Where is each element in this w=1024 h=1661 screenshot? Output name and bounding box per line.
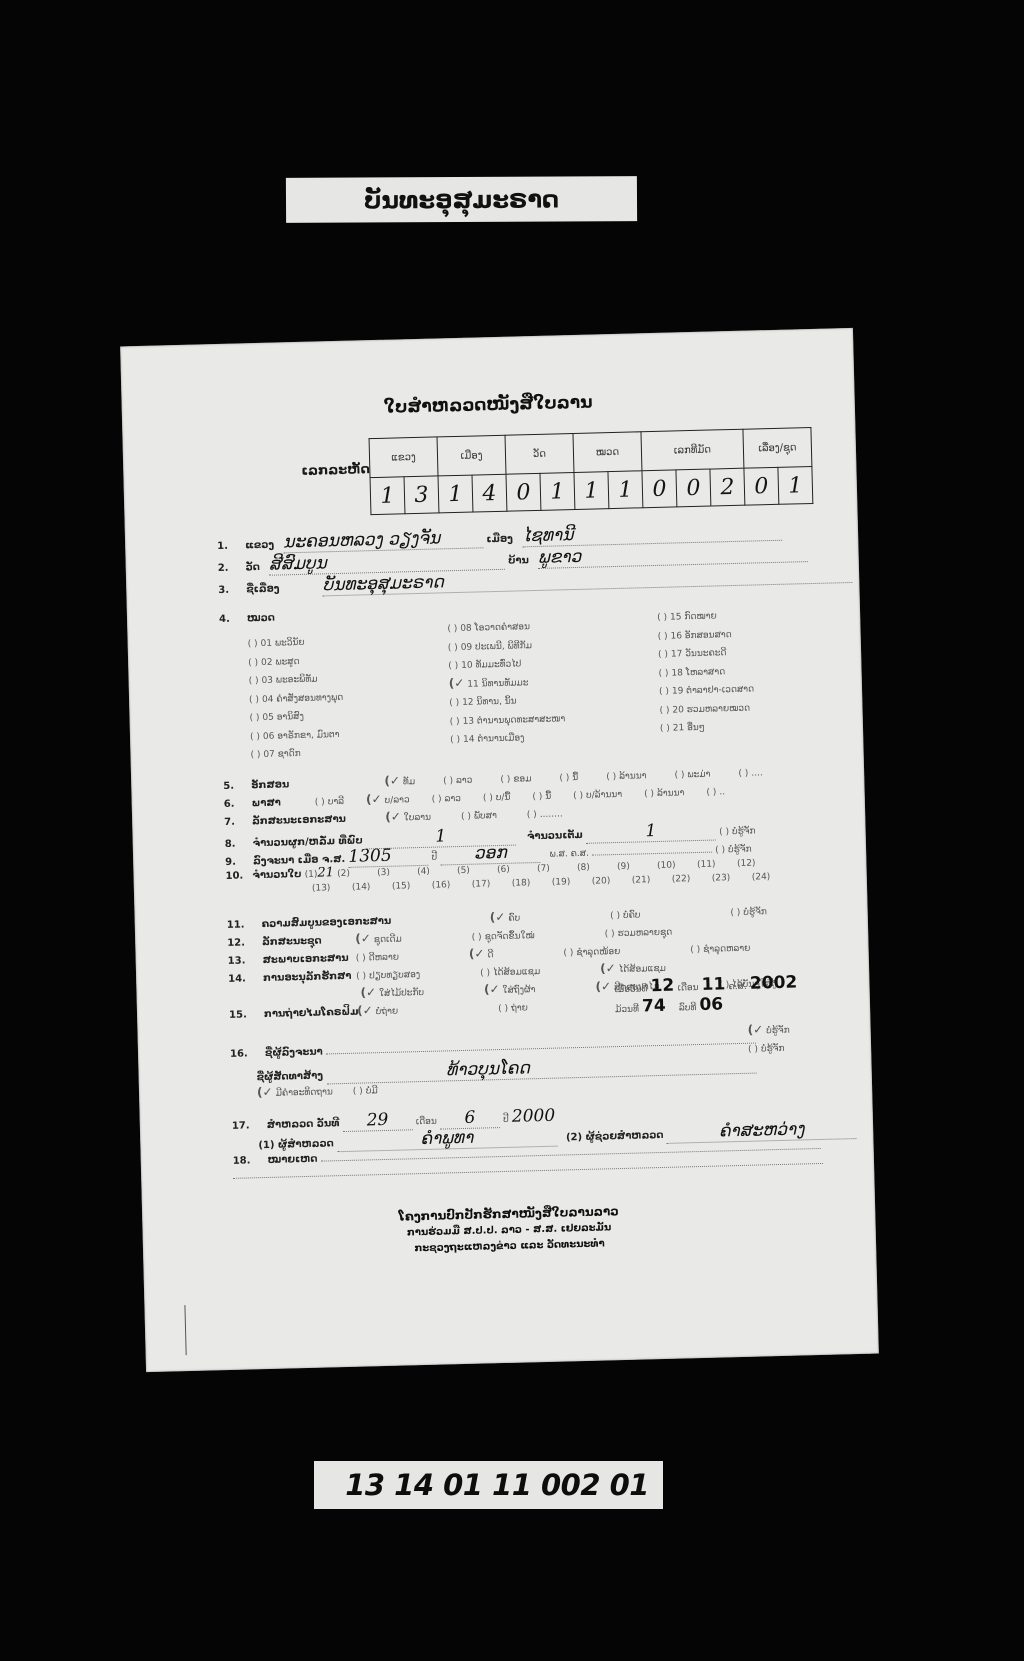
checkbox-option[interactable]: ( )10 ທັມມະທົ່ວໄປ — [448, 659, 521, 671]
empty-checkbox-icon: ( ) — [249, 713, 259, 723]
code-label: ເລກລະຫັດ — [301, 462, 370, 479]
leaf-count-slot: (24) — [752, 872, 792, 883]
leaf-count-slot: (17) — [472, 879, 512, 890]
leaf-count-slot: (13) — [312, 883, 352, 894]
leaf-count-slot: (19) — [552, 877, 592, 888]
empty-checkbox-icon: ( ) — [480, 968, 490, 978]
checkmark-icon: (✓ — [357, 1003, 373, 1017]
empty-checkbox-icon: ( ) — [498, 1004, 508, 1014]
code-digit-cell: 1 — [778, 466, 813, 504]
empty-checkbox-icon: ( ) — [658, 650, 668, 660]
item-4: 4. ໝວດ — [219, 613, 275, 625]
checkbox-option[interactable]: ( )06 ອາຣັກຂາ, ມົນຕາ — [250, 730, 340, 742]
checkmark-icon: (✓ — [490, 910, 506, 924]
donor-unknown-option: ( )ບໍ່ຮູ້ຈັກ — [748, 1042, 805, 1054]
empty-checkbox-icon: ( ) — [573, 791, 583, 801]
manuscript-code-label: 13 14 01 11 002 01 — [345, 1468, 649, 1502]
empty-checkbox-icon: ( ) — [690, 945, 700, 955]
empty-checkbox-icon: ( ) — [730, 908, 740, 918]
checkbox-option[interactable]: (✓ມີຄຳອະທິດຖານ — [257, 1087, 333, 1099]
checkmark-icon: (✓ — [595, 979, 611, 993]
checkbox-option[interactable]: ( )ພະມ່າ — [674, 770, 710, 781]
checkbox-option[interactable]: ( )ພັບສາ — [461, 811, 497, 822]
checkbox-option[interactable]: (✓ໄດ້ສ້ອມແຊມ — [600, 964, 666, 976]
empty-checkbox-icon: ( ) — [450, 716, 460, 726]
assistant-value: ຄຳສະຫວ່າງ — [666, 1118, 856, 1144]
checkbox-option[interactable]: ( )20 ຮວມຫລາຍໝວດ — [659, 703, 750, 715]
checkmark-icon: (✓ — [384, 774, 400, 788]
checkbox-option[interactable]: ( )05 ອານິສົງ — [249, 712, 304, 723]
empty-checkbox-icon: ( ) — [748, 1045, 758, 1055]
checkbox-option[interactable]: ( )ດີຫລາຍ — [356, 953, 399, 964]
remarks-line — [233, 1163, 823, 1179]
survey-form-sheet: ໃບສຳຫລວດໜັງສືໃບລານ ເລກລະຫັດ ແຂວງເມືອງວັດ… — [120, 328, 879, 1372]
checkbox-option[interactable]: (✓ຊຸດເດີມ — [355, 935, 402, 946]
checkbox-option[interactable]: ( )ນື້ — [559, 773, 578, 783]
checkbox-option[interactable]: ( )03 ພະອະພິທັມ — [249, 675, 318, 687]
empty-checkbox-icon: ( ) — [659, 705, 669, 715]
empty-checkbox-icon: ( ) — [606, 772, 616, 782]
leaf-count-slot: (10) — [657, 860, 697, 871]
code-table: ແຂວງເມືອງວັດໝວດເລກທີມັດເລື່ອງ/ຊຸດ 131401… — [369, 427, 814, 515]
checkbox-option[interactable]: (✓ບ/ລາວ — [366, 795, 410, 806]
empty-checkbox-icon: ( ) — [248, 658, 258, 668]
checkbox-option[interactable]: ( )08 ໂອວາດຄຳສອນ — [447, 622, 530, 634]
empty-checkbox-icon: ( ) — [500, 775, 510, 785]
empty-checkbox-icon: ( ) — [657, 613, 667, 623]
form-title: ໃບສຳຫລວດໜັງສືໃບລານ — [122, 386, 855, 425]
empty-checkbox-icon: ( ) — [483, 793, 493, 803]
checkbox-option[interactable]: ( )ຮວມຫລາຍຊຸດ — [605, 928, 673, 940]
checkmark-icon: (✓ — [469, 946, 485, 960]
microfilm-roll: ມ້ວນທີ 74 ລົບທີ 06 — [615, 994, 724, 1017]
empty-checkbox-icon: ( ) — [532, 792, 542, 802]
empty-checkbox-icon: ( ) — [249, 676, 259, 686]
code-digit-cell: 0 — [506, 473, 541, 511]
checkbox-option[interactable]: ( )ຊຳລຸດຫລາຍ — [690, 944, 750, 956]
leaf-count-slot: (15) — [392, 881, 432, 892]
checkbox-option[interactable]: (✓ໃສ່ໄມ້ປະກັບ — [360, 988, 424, 1000]
scribe-unknown-option: (✓ບໍ່ຮູ້ຈັກ — [747, 1021, 809, 1037]
checkmark-icon: (✓ — [449, 675, 465, 689]
checkbox-option[interactable]: ( )........ — [527, 809, 563, 820]
checkbox-option[interactable]: ( )ຊຸດຈັດຂຶ້ນໃໝ່ — [472, 931, 535, 943]
empty-checkbox-icon: ( ) — [660, 724, 670, 734]
empty-checkbox-icon: ( ) — [249, 695, 259, 705]
empty-checkbox-icon: ( ) — [443, 776, 453, 786]
item-15: 15. ການຖ່າຍໄມໂຄຣຟິມ (✓ບໍ່ຖ່າຍ( )ຖ່າຍ — [229, 997, 628, 1021]
checkbox-option[interactable]: ( )ບາລີ — [315, 797, 344, 808]
code-header-cell: ເລື່ອງ/ຊຸດ — [743, 427, 812, 468]
empty-checkbox-icon: ( ) — [448, 661, 458, 671]
code-digit-cell: 4 — [472, 474, 507, 512]
code-label-strip: 13 14 01 11 002 01 — [314, 1461, 663, 1509]
code-header-cell: ໝວດ — [573, 432, 642, 473]
empty-checkbox-icon: ( ) — [448, 642, 458, 652]
checkbox-option[interactable]: (✓ໃບລານ — [385, 813, 431, 824]
donor-value: ທ້າວບຸນໂຄດ — [326, 1053, 756, 1085]
empty-checkbox-icon: ( ) — [447, 624, 457, 634]
checkbox-option[interactable]: ( )ລາວ — [432, 794, 462, 805]
checkbox-option[interactable]: ( )ບ/ລ້ານນາ — [573, 790, 622, 801]
checkmark-icon: (✓ — [355, 931, 371, 945]
checkbox-option[interactable]: ( )21 ອື່ນໆ — [660, 723, 705, 734]
empty-checkbox-icon: ( ) — [674, 770, 684, 780]
checkbox-option[interactable]: ( )ຊຳລຸດໜ້ອຍ — [563, 947, 620, 958]
checkbox-option[interactable]: (✓ດີ — [469, 950, 494, 961]
checkbox-option[interactable]: ( )ຂອມ — [500, 774, 531, 785]
checkmark-icon: (✓ — [257, 1085, 273, 1099]
leaf-count-slot: (16) — [432, 880, 472, 891]
empty-checkbox-icon: ( ) — [450, 735, 460, 745]
code-digit-cell: 1 — [608, 471, 643, 509]
code-digit-cell: 1 — [438, 475, 473, 513]
checkbox-option[interactable]: ( )ລ້ານນາ — [644, 788, 685, 799]
item-16-donor: ຊື່ຜູ້ສັດທາສ້າງ ທ້າວບຸນໂຄດ — [256, 1053, 756, 1087]
checkbox-option[interactable]: (✓ຄົບ — [490, 913, 521, 924]
checkbox-option[interactable]: ( )04 ຄຳສັ່ງສອນທາງພຸດ — [249, 692, 343, 704]
leaf-count-slot: (21) — [632, 875, 672, 886]
code-header-cell: ວັດ — [505, 434, 574, 475]
code-digit-cell: 0 — [676, 469, 711, 507]
checkbox-option[interactable]: ( )ຖ່າຍ — [498, 1003, 528, 1014]
leaf-count-slot: (14) — [352, 882, 392, 893]
microfilm-date: ເມື່ອວັນທີ 12 ເດືອນ 11 ຄ.ສ. 2002 — [614, 973, 797, 998]
empty-checkbox-icon: ( ) — [738, 769, 748, 779]
checkbox-option[interactable]: ( )ບໍ່ຄົບ — [610, 910, 641, 921]
checkbox-option[interactable]: ( )ໄດ້ສ້ອມແຊມ — [480, 967, 540, 979]
checkbox-option[interactable]: ( )01 ພະວິນັຍ — [248, 638, 305, 649]
empty-checkbox-icon: ( ) — [315, 797, 325, 807]
code-header-cell: ເລກທີມັດ — [641, 429, 744, 471]
empty-checkbox-icon: ( ) — [658, 668, 668, 678]
empty-checkbox-icon: ( ) — [610, 911, 620, 921]
checkbox-option[interactable]: ( )07 ຊາດົກ — [250, 749, 301, 760]
checkbox-option[interactable]: ( )ນື້ — [532, 792, 551, 802]
checkbox-option[interactable]: (✓ໃສ່ຖົງຜ້າ — [484, 985, 536, 996]
empty-checkbox-icon: ( ) — [353, 1087, 363, 1097]
code-digit-cell: 0 — [642, 470, 677, 508]
checkmark-icon: (✓ — [484, 982, 500, 996]
leaf-count-value: 21 — [317, 865, 334, 880]
empty-checkbox-icon: ( ) — [356, 953, 366, 963]
manuscript-title-label: ບັນທະອຸສຸມະຣາດ — [364, 185, 559, 214]
leaf-count-slot: (9) — [617, 861, 657, 872]
empty-checkbox-icon: ( ) — [356, 971, 366, 981]
empty-checkbox-icon: ( ) — [461, 812, 471, 822]
prayer-options: (✓ມີຄຳອະທິດຖານ( )ບໍ່ມີ — [257, 1082, 398, 1100]
checkbox-option[interactable]: (✓ບໍ່ຮູ້ຈັກ — [748, 1026, 790, 1037]
checkbox-option[interactable]: ( )02 ພະສູດ — [248, 656, 300, 667]
code-digit-cell: 1 — [574, 472, 609, 510]
leaf-count-slot: (5) — [457, 865, 497, 876]
margin-mark — [184, 1305, 186, 1355]
empty-checkbox-icon: ( ) — [563, 948, 573, 958]
empty-checkbox-icon: ( ) — [449, 698, 459, 708]
leaf-count-slot: (11) — [697, 859, 737, 870]
checkbox-option[interactable]: ( )ປຽບທຽບສອງ — [356, 970, 420, 982]
code-header-cell: ເມືອງ — [437, 435, 506, 476]
empty-checkbox-icon: ( ) — [644, 789, 654, 799]
checkbox-option[interactable]: ( )17 ວັນນະຄະດີ — [658, 648, 727, 660]
checkbox-option[interactable]: ( )ລ້ານນາ — [606, 771, 647, 782]
checkmark-icon: (✓ — [385, 809, 401, 823]
checkbox-option[interactable]: ( ).... — [738, 768, 763, 779]
survey-year-value: 2000 — [512, 1106, 556, 1127]
leaf-count-slot: (23) — [712, 873, 752, 884]
empty-checkbox-icon: ( ) — [250, 750, 260, 760]
leaf-count-slot: (4) — [417, 866, 457, 877]
checkmark-icon: (✓ — [366, 792, 382, 806]
leaf-count-slot: (3) — [377, 867, 417, 878]
leaf-count-slot: (20) — [592, 876, 632, 887]
checkbox-option[interactable]: ( )15 ກົດໝາຍ — [657, 611, 717, 623]
checkmark-icon: (✓ — [747, 1022, 763, 1036]
survey-month-value: 6 — [440, 1107, 501, 1130]
empty-checkbox-icon: ( ) — [527, 810, 537, 820]
checkmark-icon: (✓ — [360, 985, 376, 999]
category-column-2: ( )08 ໂອວາດຄຳສອນ( )09 ປະເພນີ, ພິທີກັມ( )… — [447, 613, 586, 746]
empty-checkbox-icon: ( ) — [432, 794, 442, 804]
leaf-count-slot: (6) — [497, 864, 537, 875]
code-digit-cell: 2 — [710, 468, 745, 506]
empty-checkbox-icon: ( ) — [605, 929, 615, 939]
code-digit-cell: 1 — [370, 477, 405, 515]
checkbox-option[interactable]: ( ).. — [706, 787, 725, 797]
empty-checkbox-icon: ( ) — [658, 631, 668, 641]
leaf-count-slot: (8) — [577, 862, 617, 873]
checkbox-option[interactable]: (✓ທັມ — [384, 777, 415, 788]
leaf-count-slot: (2) — [337, 868, 377, 879]
leaf-count-slot: (12) — [737, 858, 777, 869]
leaf-count-slot: (22) — [672, 874, 712, 885]
leaf-count-slot: (18) — [512, 878, 552, 889]
leaf-count-slot: (7) — [537, 863, 577, 874]
checkbox-option[interactable]: ( )ບ/ນື້ — [483, 793, 511, 804]
checkbox-option[interactable]: ( )ລາວ — [443, 776, 473, 787]
empty-checkbox-icon: ( ) — [472, 932, 482, 942]
empty-checkbox-icon: ( ) — [559, 773, 569, 783]
empty-checkbox-icon: ( ) — [659, 687, 669, 697]
code-digit-cell: 1 — [540, 472, 575, 510]
empty-checkbox-icon: ( ) — [250, 732, 260, 742]
title-label-strip: ບັນທະອຸສຸມະຣາດ — [286, 176, 637, 223]
empty-checkbox-icon: ( ) — [706, 787, 716, 797]
category-column-3: ( )15 ກົດໝາຍ( )16 ອັກສອນສາດ( )17 ວັນນະຄະ… — [657, 602, 775, 734]
checkmark-icon: (✓ — [600, 961, 616, 975]
code-digit-cell: 0 — [744, 467, 779, 505]
empty-checkbox-icon: ( ) — [248, 639, 258, 649]
code-header-cell: ແຂວງ — [369, 437, 438, 478]
checkbox-option[interactable]: ( )ບໍ່ມີ — [353, 1086, 378, 1097]
checkbox-option[interactable]: (✓ບໍ່ຖ່າຍ — [357, 1007, 398, 1018]
checkbox-option[interactable]: ( )ບໍ່ຮູ້ຈັກ — [748, 1044, 785, 1055]
category-column-1: ( )01 ພະວິນັຍ( )02 ພະສູດ( )03 ພະອະພິທັມ(… — [247, 628, 364, 760]
code-digit-cell: 3 — [404, 476, 439, 514]
checkbox-option[interactable]: ( )12 ນິທານ, ນິ້ນ — [449, 697, 517, 709]
checkbox-option[interactable]: ( )ບໍ່ຮູ້ຈັກ — [730, 907, 767, 918]
checkbox-option[interactable]: ( )14 ຕຳນານເມືອງ — [450, 733, 524, 745]
